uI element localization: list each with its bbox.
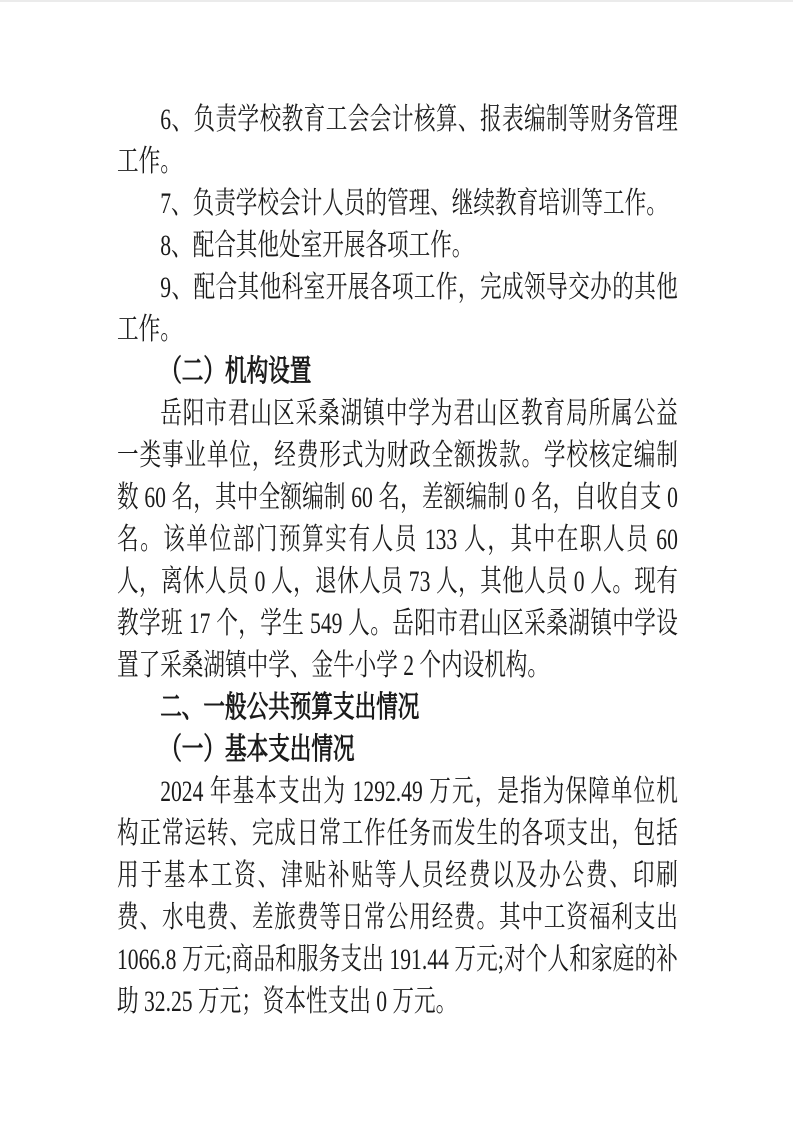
paragraph-org-details: 岳阳市君山区采桑湖镇中学为君山区教育局所属公益一类事业单位，经费形式为财政全额拨… — [117, 393, 678, 687]
paragraph-basic-expenditure-details: 2024 年基本支出为 1292.49 万元，是指为保障单位机构正常运转、完成日… — [117, 771, 678, 1023]
heading-org-setup: （二）机构设置 — [117, 351, 678, 393]
heading-basic-expenditure: （一）基本支出情况 — [117, 729, 678, 771]
paragraph-duty-7: 7、负责学校会计人员的管理、继续教育培训等工作。 — [117, 183, 678, 225]
paragraph-duty-6: 6、负责学校教育工会会计核算、报表编制等财务管理工作。 — [117, 99, 678, 183]
document-content: 6、负责学校教育工会会计核算、报表编制等财务管理工作。 7、负责学校会计人员的管… — [117, 99, 678, 1023]
paragraph-duty-9: 9、配合其他科室开展各项工作，完成领导交办的其他工作。 — [117, 267, 678, 351]
heading-public-budget-expenditure: 二、一般公共预算支出情况 — [117, 687, 678, 729]
page-top-edge — [0, 0, 793, 2]
paragraph-duty-8: 8、配合其他处室开展各项工作。 — [117, 225, 678, 267]
document-page: 6、负责学校教育工会会计核算、报表编制等财务管理工作。 7、负责学校会计人员的管… — [0, 0, 793, 1122]
